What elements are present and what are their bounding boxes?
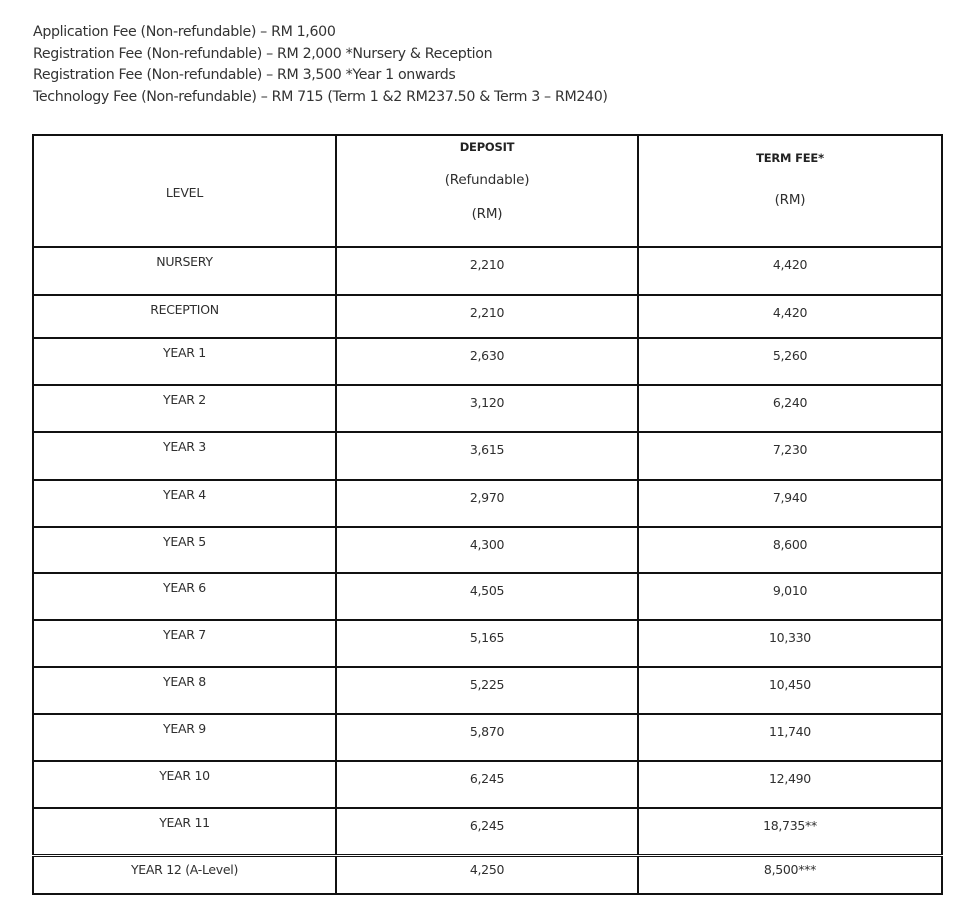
table-row: YEAR 54,3008,600 [33, 527, 942, 573]
table-row: YEAR 12,6305,260 [33, 338, 942, 385]
deposit-header-refundable: (Refundable) [337, 172, 637, 188]
level-cell: YEAR 11 [33, 808, 336, 855]
level-cell: YEAR 1 [33, 338, 336, 385]
deposit-cell: 3,615 [336, 432, 638, 480]
level-cell: YEAR 12 (A-Level) [33, 855, 336, 894]
deposit-cell: 4,505 [336, 573, 638, 620]
deposit-header-title: DEPOSIT [337, 140, 637, 154]
fee-table-body: NURSERY2,2104,420RECEPTION2,2104,420YEAR… [33, 247, 942, 894]
deposit-cell: 6,245 [336, 808, 638, 855]
fee-table: LEVEL DEPOSIT (Refundable) (RM) TERM FEE… [32, 134, 943, 895]
deposit-cell: 2,210 [336, 295, 638, 338]
table-row: YEAR 42,9707,940 [33, 480, 942, 527]
fee-notes-list: Application Fee (Non-refundable) – RM 1,… [33, 22, 608, 108]
table-row: YEAR 23,1206,240 [33, 385, 942, 432]
term-fee-cell: 7,230 [638, 432, 942, 480]
term-fee-cell: 10,450 [638, 667, 942, 714]
level-column-header: LEVEL [33, 135, 336, 247]
deposit-cell: 4,300 [336, 527, 638, 573]
level-cell: YEAR 6 [33, 573, 336, 620]
deposit-cell: 2,970 [336, 480, 638, 527]
level-cell: YEAR 8 [33, 667, 336, 714]
table-row: NURSERY2,2104,420 [33, 247, 942, 295]
technology-fee-note: Technology Fee (Non-refundable) – RM 715… [33, 87, 608, 109]
level-header-label: LEVEL [166, 185, 203, 200]
level-cell: NURSERY [33, 247, 336, 295]
term-fee-cell: 8,500*** [638, 855, 942, 894]
term-fee-cell: 10,330 [638, 620, 942, 667]
deposit-cell: 2,630 [336, 338, 638, 385]
term-fee-header-unit: (RM) [639, 192, 941, 208]
term-fee-column-header: TERM FEE* (RM) [638, 135, 942, 247]
application-fee-note: Application Fee (Non-refundable) – RM 1,… [33, 22, 608, 44]
table-row: YEAR 33,6157,230 [33, 432, 942, 480]
level-cell: YEAR 3 [33, 432, 336, 480]
deposit-cell: 3,120 [336, 385, 638, 432]
term-fee-cell: 4,420 [638, 247, 942, 295]
fee-table-header-row: LEVEL DEPOSIT (Refundable) (RM) TERM FEE… [33, 135, 942, 247]
table-row: YEAR 64,5059,010 [33, 573, 942, 620]
level-cell: YEAR 2 [33, 385, 336, 432]
level-cell: YEAR 4 [33, 480, 336, 527]
table-row: YEAR 85,22510,450 [33, 667, 942, 714]
deposit-cell: 5,870 [336, 714, 638, 761]
table-row: YEAR 75,16510,330 [33, 620, 942, 667]
deposit-cell: 5,225 [336, 667, 638, 714]
term-fee-cell: 11,740 [638, 714, 942, 761]
level-cell: YEAR 7 [33, 620, 336, 667]
deposit-header-unit: (RM) [337, 206, 637, 222]
table-row: YEAR 12 (A-Level)4,2508,500*** [33, 855, 942, 894]
term-fee-cell: 8,600 [638, 527, 942, 573]
deposit-column-header: DEPOSIT (Refundable) (RM) [336, 135, 638, 247]
level-cell: RECEPTION [33, 295, 336, 338]
level-cell: YEAR 5 [33, 527, 336, 573]
registration-fee-year1-note: Registration Fee (Non-refundable) – RM 3… [33, 65, 608, 87]
term-fee-cell: 18,735** [638, 808, 942, 855]
term-fee-header-title: TERM FEE* [639, 151, 941, 165]
deposit-cell: 2,210 [336, 247, 638, 295]
table-row: YEAR 95,87011,740 [33, 714, 942, 761]
registration-fee-nursery-note: Registration Fee (Non-refundable) – RM 2… [33, 44, 608, 66]
term-fee-cell: 9,010 [638, 573, 942, 620]
term-fee-cell: 6,240 [638, 385, 942, 432]
term-fee-cell: 12,490 [638, 761, 942, 808]
table-row: RECEPTION2,2104,420 [33, 295, 942, 338]
deposit-cell: 4,250 [336, 855, 638, 894]
table-row: YEAR 106,24512,490 [33, 761, 942, 808]
deposit-cell: 6,245 [336, 761, 638, 808]
table-row: YEAR 116,24518,735** [33, 808, 942, 855]
term-fee-cell: 4,420 [638, 295, 942, 338]
level-cell: YEAR 10 [33, 761, 336, 808]
term-fee-cell: 7,940 [638, 480, 942, 527]
term-fee-cell: 5,260 [638, 338, 942, 385]
deposit-cell: 5,165 [336, 620, 638, 667]
level-cell: YEAR 9 [33, 714, 336, 761]
